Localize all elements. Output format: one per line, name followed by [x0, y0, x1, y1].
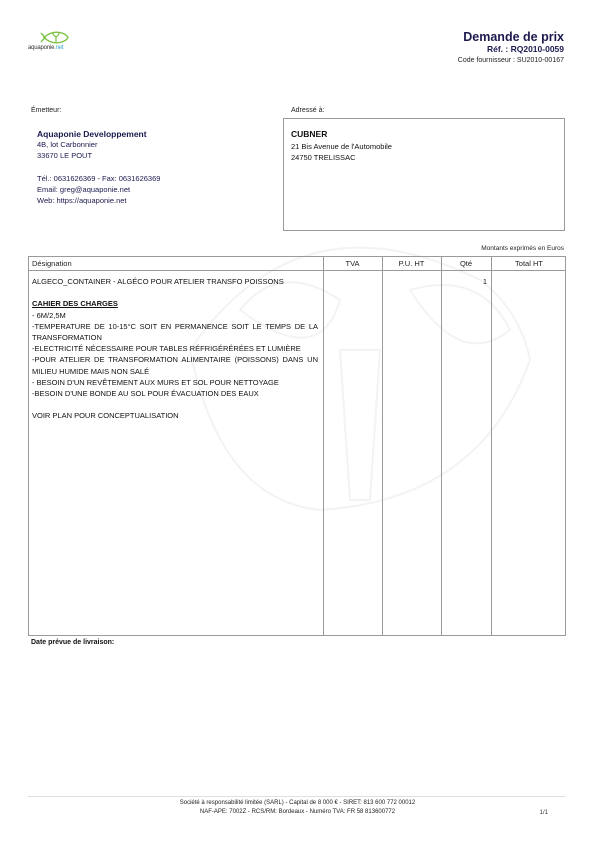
column-divider: [323, 257, 324, 635]
sender-email: Email: greg@aquaponie.net: [37, 185, 130, 196]
footer-legal-line-2: NAF-APE: 7002Z - RCS/RM: Bordeaux - Numé…: [0, 809, 595, 815]
document-reference: Réf. : RQ2010-0059: [487, 44, 564, 54]
footer-divider: [28, 796, 566, 797]
column-divider: [441, 257, 442, 635]
sender-address-line: 33670 LE POUT: [37, 151, 92, 162]
spec-line: -ELECTRICITÉ NÉCESSAIRE POUR TABLES RÉFR…: [32, 343, 318, 354]
logo-wordmark: aquaponie.net: [28, 45, 63, 51]
table-row: ALGECO_CONTAINER - ALGÉCO POUR ATELIER T…: [32, 276, 318, 422]
sender-label: Émetteur:: [31, 107, 61, 114]
sender-phone-fax: Tél.: 0631626369 - Fax: 0631626369: [37, 174, 160, 185]
company-logo: aquaponie.net: [28, 30, 88, 58]
sender-name: Aquaponie Developpement: [37, 129, 147, 139]
table-header-divider: [29, 270, 565, 271]
item-designation: ALGECO_CONTAINER - ALGÉCO POUR ATELIER T…: [32, 276, 318, 287]
delivery-date-label: Date prévue de livraison:: [31, 639, 114, 646]
recipient-name: CUBNER: [291, 129, 327, 139]
footer-legal-line-1: Société à responsabilité limitée (SARL) …: [0, 800, 595, 806]
column-header-unit-price: P.U. HT: [382, 259, 441, 268]
column-header-designation: Désignation: [32, 259, 72, 268]
item-quantity: 1: [483, 277, 487, 286]
recipient-label: Adressé à:: [291, 107, 324, 114]
sender-address-line: 4B, lot Carbonnier: [37, 140, 97, 151]
column-divider: [382, 257, 383, 635]
spec-line: -TEMPERATURE DE 10-15°C SOIT EN PERMANEN…: [32, 321, 318, 343]
document-title: Demande de prix: [463, 30, 564, 44]
recipient-address-line: 21 Bis Avenue de l'Automobile: [291, 142, 392, 153]
spec-line: -BESOIN D'UNE BONDE AU SOL POUR ÉVACUATI…: [32, 388, 318, 399]
column-divider: [491, 257, 492, 635]
items-table: Désignation TVA P.U. HT Qté Total HT ALG…: [28, 256, 566, 636]
column-header-total: Total HT: [491, 259, 567, 268]
page-number: 1/1: [540, 810, 548, 816]
fish-sprout-icon: [40, 30, 70, 45]
sender-website: Web: https://aquaponie.net: [37, 196, 127, 207]
specs-heading: CAHIER DES CHARGES: [32, 298, 318, 309]
spec-line: -POUR ATELIER DE TRANSFORMATION ALIMENTA…: [32, 354, 318, 376]
supplier-code: Code fournisseur : SU2010-00167: [458, 57, 564, 64]
column-header-tva: TVA: [323, 259, 382, 268]
recipient-address-line: 24750 TRELISSAC: [291, 153, 355, 164]
currency-note: Montants exprimés en Euros: [481, 245, 564, 252]
item-note: VOIR PLAN POUR CONCEPTUALISATION: [32, 410, 318, 421]
column-header-qty: Qté: [441, 259, 491, 268]
spec-line: - BESOIN D'UN REVÊTEMENT AUX MURS ET SOL…: [32, 377, 318, 388]
spec-line: - 6M/2,5M: [32, 310, 318, 321]
